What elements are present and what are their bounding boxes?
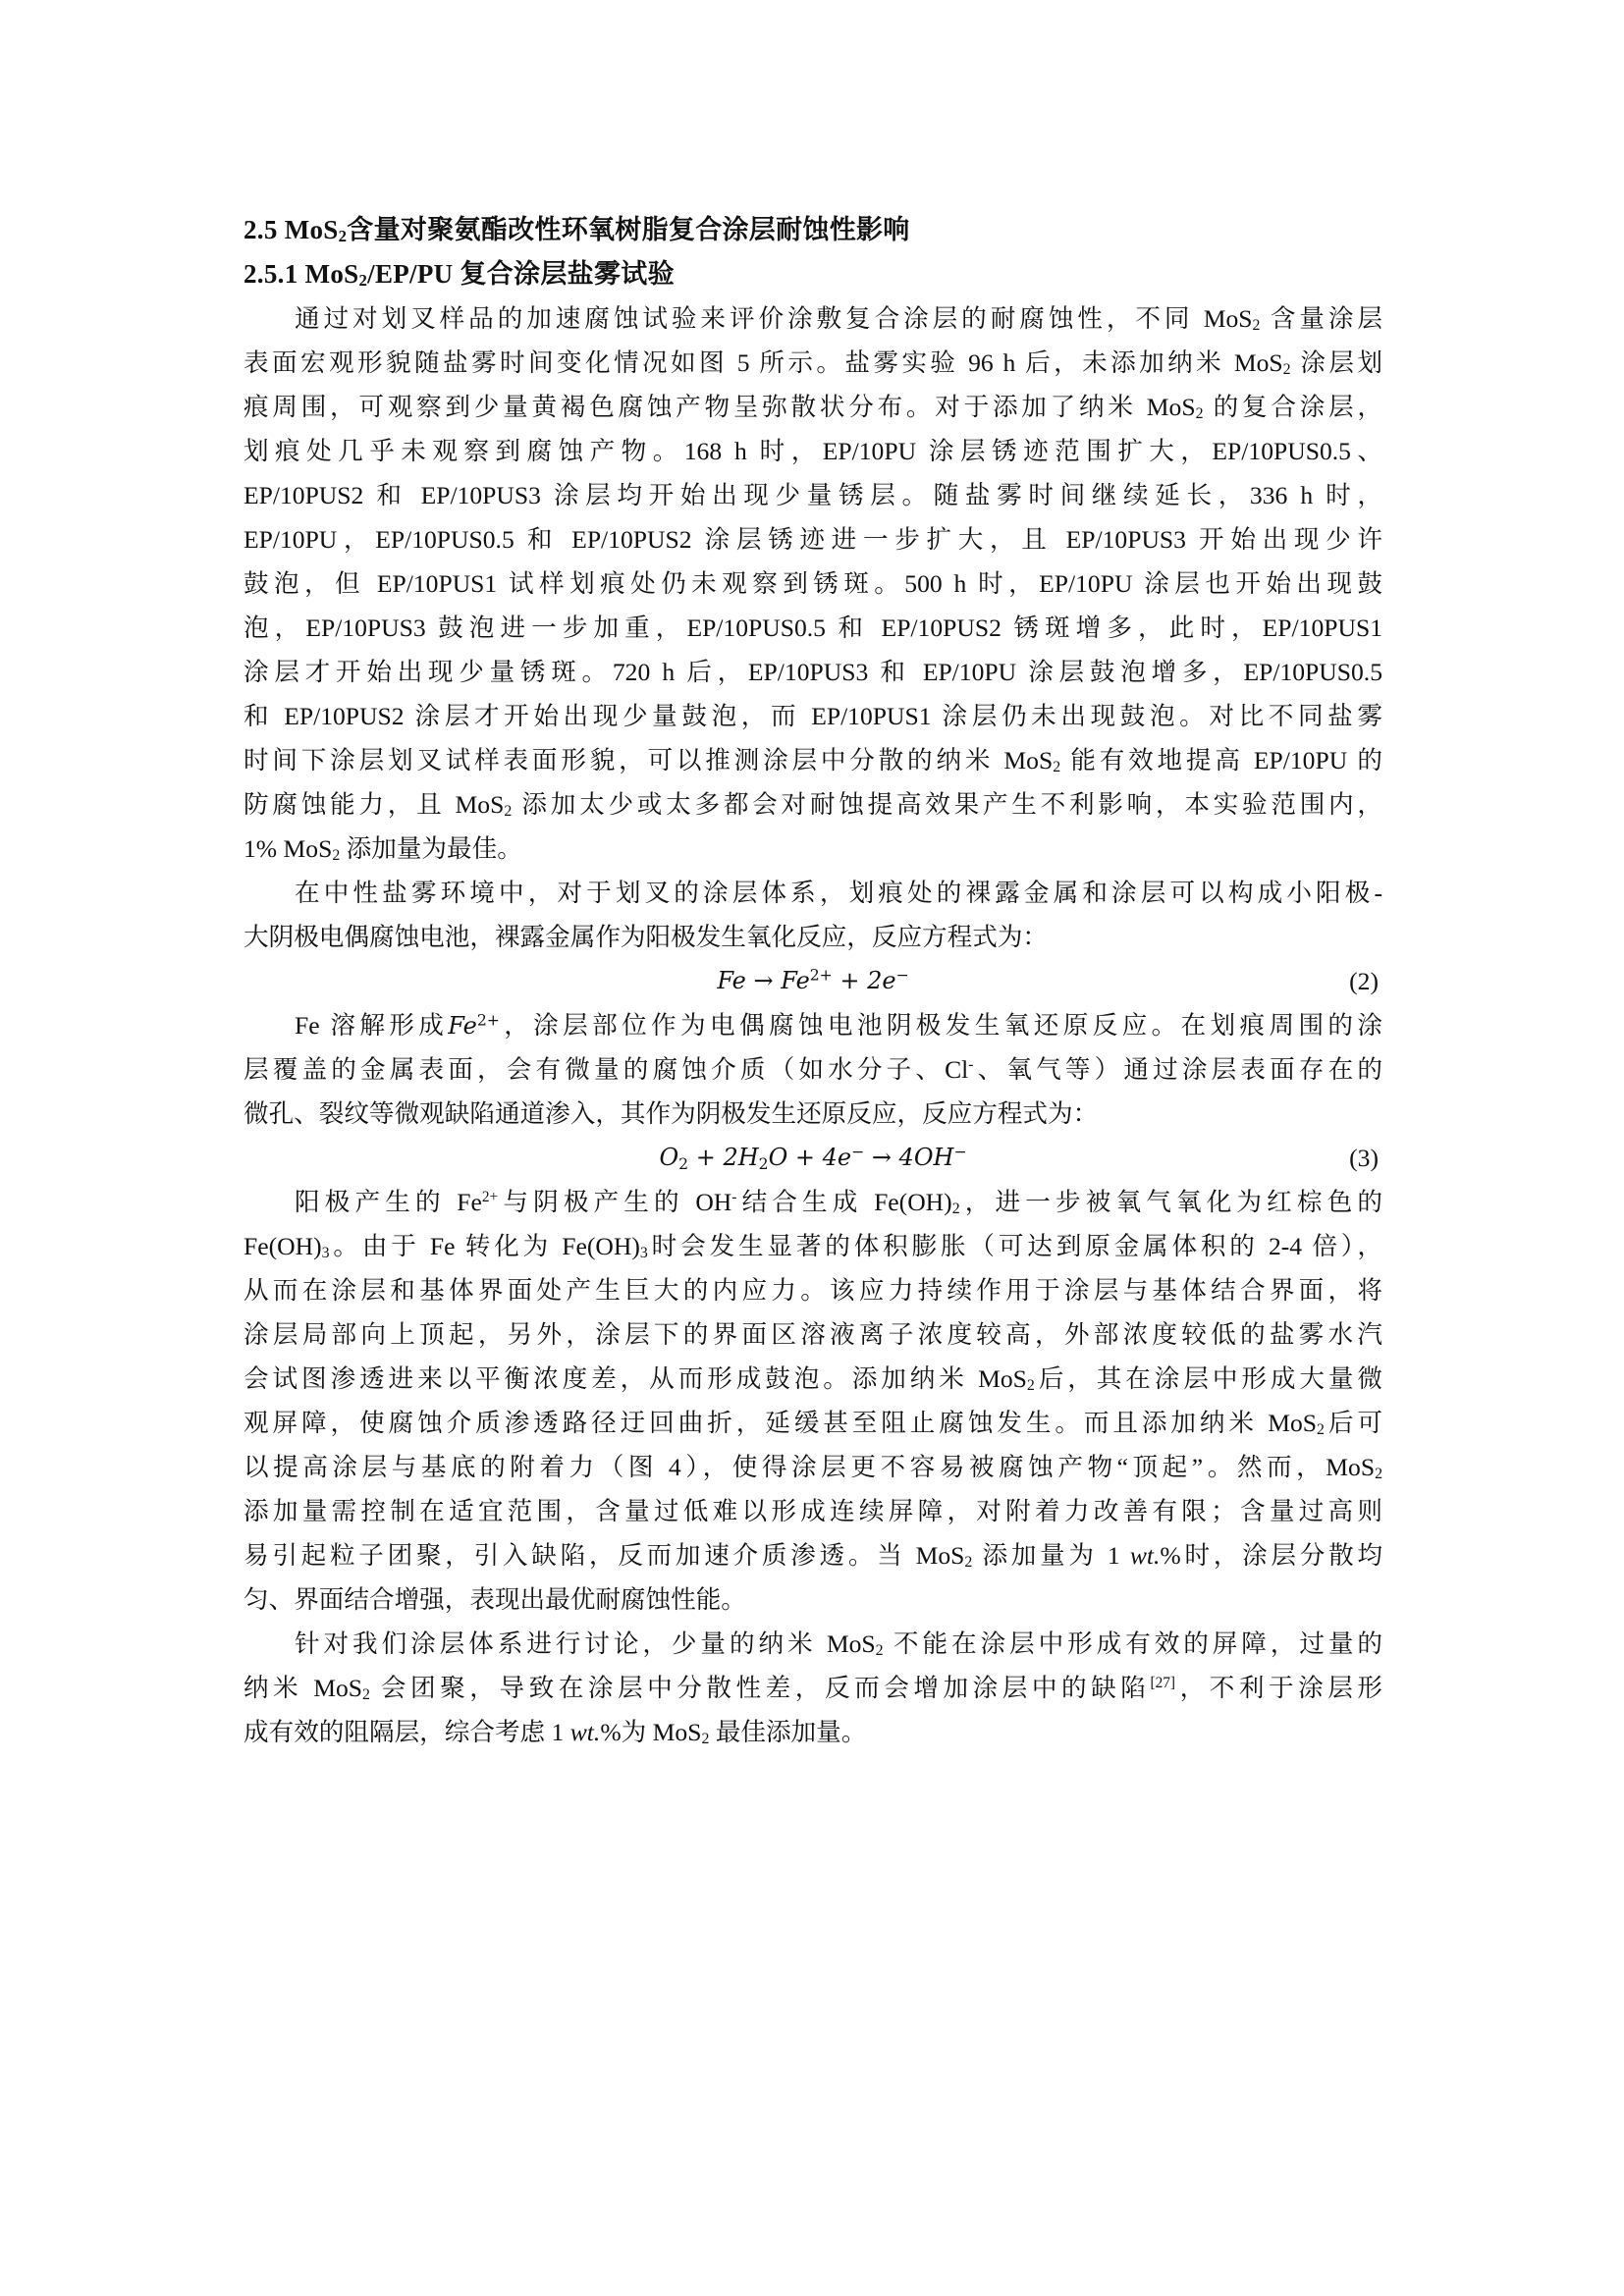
text-line: 在中性盐雾环境中，对于划叉的涂层体系，划痕处的裸露金属和涂层可以构成小阳极- — [244, 871, 1382, 915]
section-heading: 2.5 MoS2含量对聚氨酯改性环氧树脂复合涂层耐蚀性影响 — [244, 208, 1382, 252]
text-line: 通过对划叉样品的加速腐蚀试验来评价涂敷复合涂层的耐腐蚀性，不同 MoS2 含量涂… — [244, 296, 1382, 341]
equation-3-number: (3) — [1349, 1136, 1379, 1180]
text-line: 添加量需控制在适宜范围，含量过低难以形成连续屏障，对附着力改善有限；含量过高则 — [244, 1489, 1382, 1533]
paragraph-conclusion: 针对我们涂层体系进行讨论，少量的纳米 MoS2 不能在涂层中形成有效的屏障，过量… — [244, 1622, 1382, 1754]
text-line: 微孔、裂纹等微观缺陷通道渗入，其作为阴极发生还原反应，反应方程式为： — [244, 1092, 1382, 1136]
heading-subscript: 2 — [339, 227, 348, 245]
text-line: 观屏障，使腐蚀介质渗透路径迂回曲折，延缓甚至阻止腐蚀发生。而且添加纳米 MoS2… — [244, 1401, 1382, 1445]
paragraph-galvanic-cell: 在中性盐雾环境中，对于划叉的涂层体系，划痕处的裸露金属和涂层可以构成小阳极-大阴… — [244, 871, 1382, 959]
paragraph-salt-spray-results: 通过对划叉样品的加速腐蚀试验来评价涂敷复合涂层的耐腐蚀性，不同 MoS2 含量涂… — [244, 296, 1382, 871]
subheading-text-pre: MoS — [305, 259, 359, 289]
text-line: 涂层才开始出现少量锈斑。720 h 后，EP/10PUS3 和 EP/10PU … — [244, 650, 1382, 694]
text-line: 和 EP/10PUS2 涂层才开始出现少量鼓泡，而 EP/10PUS1 涂层仍未… — [244, 694, 1382, 738]
text-line: 针对我们涂层体系进行讨论，少量的纳米 MoS2 不能在涂层中形成有效的屏障，过量… — [244, 1622, 1382, 1666]
equation-2-number: (2) — [1349, 959, 1379, 1003]
text-line: 以提高涂层与基底的附着力（图 4），使得涂层更不容易被腐蚀产物“顶起”。然而，M… — [244, 1445, 1382, 1489]
paragraph-cathodic-reaction: Fe 溶解形成Fe2+，涂层部位作为电偶腐蚀电池阴极发生氧还原反应。在划痕周围的… — [244, 1003, 1382, 1136]
text-line: 匀、界面结合增强，表现出最优耐腐蚀性能。 — [244, 1577, 1382, 1622]
text-line: 泡，EP/10PUS3 鼓泡进一步加重，EP/10PUS0.5 和 EP/10P… — [244, 606, 1382, 650]
text-line: 纳米 MoS2 会团聚，导致在涂层中分散性差，反而会增加涂层中的缺陷[27]，不… — [244, 1666, 1382, 1710]
text-line: 表面宏观形貌随盐雾时间变化情况如图 5 所示。盐雾实验 96 h 后，未添加纳米… — [244, 341, 1382, 385]
document-page: 2.5 MoS2含量对聚氨酯改性环氧树脂复合涂层耐蚀性影响 2.5.1 MoS2… — [244, 208, 1382, 1754]
citation-27[interactable]: [27] — [1150, 1675, 1175, 1691]
text-line: EP/10PUS2 和 EP/10PUS3 涂层均开始出现少量锈层。随盐雾时间继… — [244, 473, 1382, 517]
equation-2: Fe → Fe2+ + 2e− (2) — [244, 959, 1382, 1003]
text-line: 易引起粒子团聚，引入缺陷，反而加速介质渗透。当 MoS2 添加量为 1 wt.%… — [244, 1533, 1382, 1577]
text-line: 层覆盖的金属表面，会有微量的腐蚀介质（如水分子、Cl-、氧气等）通过涂层表面存在… — [244, 1047, 1382, 1092]
text-line: 成有效的阻隔层，综合考虑 1 wt.%为 MoS2 最佳添加量。 — [244, 1710, 1382, 1754]
text-line: 1% MoS2 添加量为最佳。 — [244, 827, 1382, 871]
text-line: 从而在涂层和基体界面处产生巨大的内应力。该应力持续作用于涂层与基体结合界面，将 — [244, 1268, 1382, 1312]
text-line: 痕周围，可观察到少量黄褐色腐蚀产物呈弥散状分布。对于添加了纳米 MoS2 的复合… — [244, 385, 1382, 429]
text-line: 划痕处几乎未观察到腐蚀产物。168 h 时，EP/10PU 涂层锈迹范围扩大，E… — [244, 429, 1382, 473]
heading-text-pre: MoS — [285, 215, 339, 244]
equation-3-expression: O2 + 2H2O + 4e− → 4OH− — [244, 1136, 1382, 1180]
text-line: 防腐蚀能力，且 MoS2 添加太少或太多都会对耐蚀提高效果产生不利影响，本实验范… — [244, 782, 1382, 827]
heading-text-post: 含量对聚氨酯改性环氧树脂复合涂层耐蚀性影响 — [347, 215, 909, 244]
text-line: 时间下涂层划叉试样表面形貌，可以推测涂层中分散的纳米 MoS2 能有效地提高 E… — [244, 738, 1382, 782]
paragraph-blistering-mechanism: 阳极产生的 Fe2+与阴极产生的 OH-结合生成 Fe(OH)2，进一步被氧气氧… — [244, 1180, 1382, 1622]
subheading-subscript: 2 — [358, 271, 367, 290]
equation-3: O2 + 2H2O + 4e− → 4OH− (3) — [244, 1136, 1382, 1180]
text-line: 大阴极电偶腐蚀电池，裸露金属作为阳极发生氧化反应，反应方程式为： — [244, 915, 1382, 959]
subheading-number: 2.5.1 — [244, 259, 298, 289]
text-line: 涂层局部向上顶起，另外，涂层下的界面区溶液离子浓度较高，外部浓度较低的盐雾水汽 — [244, 1312, 1382, 1357]
subheading-text-post: /EP/PU 复合涂层盐雾试验 — [367, 259, 675, 289]
subsection-heading: 2.5.1 MoS2/EP/PU 复合涂层盐雾试验 — [244, 252, 1382, 296]
text-line: Fe(OH)3。由于 Fe 转化为 Fe(OH)3时会发生显著的体积膨胀（可达到… — [244, 1224, 1382, 1268]
text-line: Fe 溶解形成Fe2+，涂层部位作为电偶腐蚀电池阴极发生氧还原反应。在划痕周围的… — [244, 1003, 1382, 1047]
equation-2-expression: Fe → Fe2+ + 2e− — [244, 959, 1382, 1003]
text-line: 鼓泡，但 EP/10PUS1 试样划痕处仍未观察到锈斑。500 h 时，EP/1… — [244, 561, 1382, 606]
text-line: 会试图渗透进来以平衡浓度差，从而形成鼓泡。添加纳米 MoS2后，其在涂层中形成大… — [244, 1357, 1382, 1401]
heading-number: 2.5 — [244, 215, 278, 244]
text-line: 阳极产生的 Fe2+与阴极产生的 OH-结合生成 Fe(OH)2，进一步被氧气氧… — [244, 1180, 1382, 1224]
text-line: EP/10PU，EP/10PUS0.5 和 EP/10PUS2 涂层锈迹进一步扩… — [244, 517, 1382, 561]
